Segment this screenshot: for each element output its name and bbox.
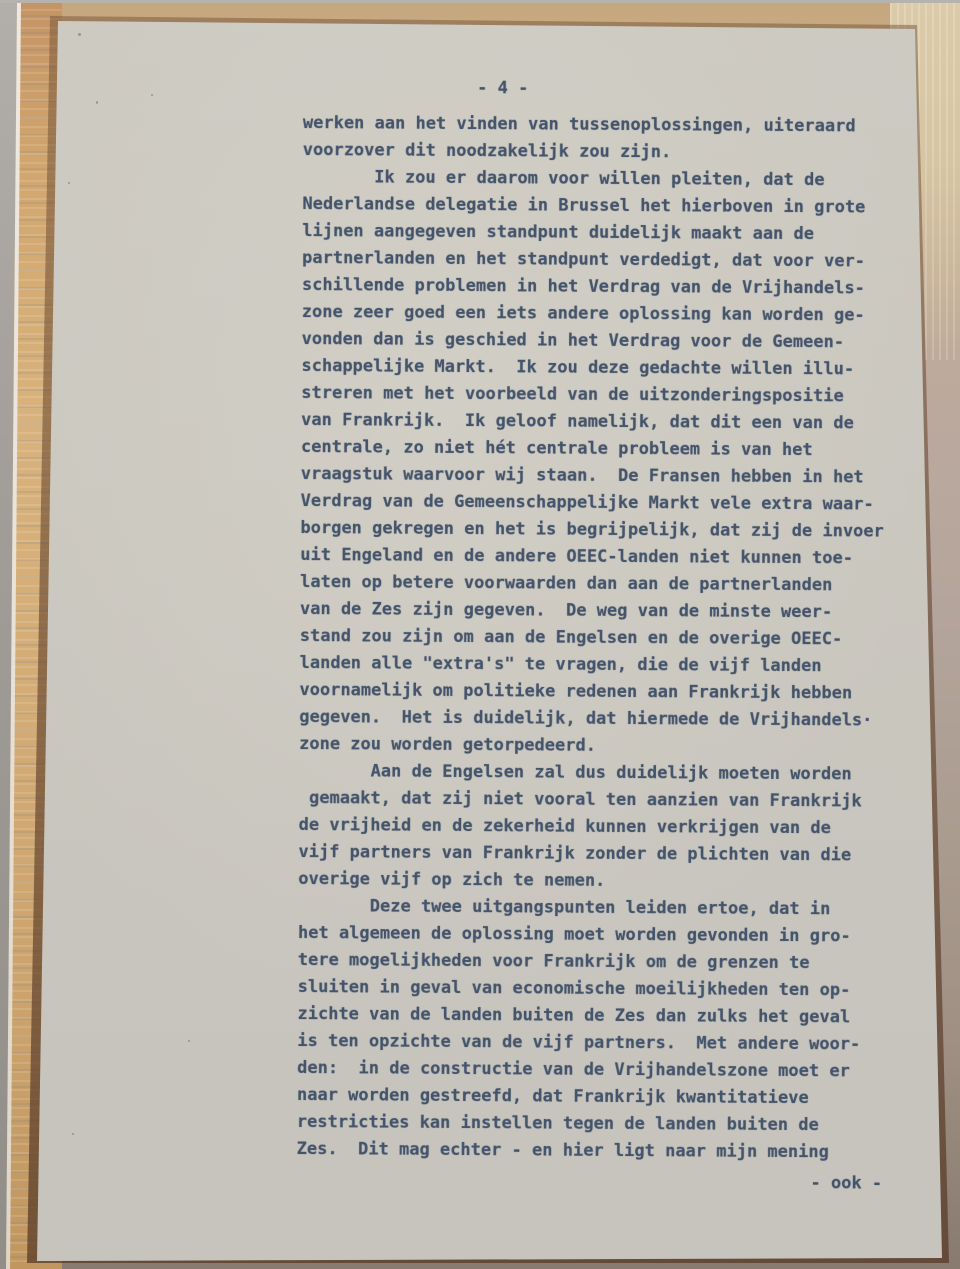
- body-text: werken aan het vinden van tussenoplossin…: [297, 111, 960, 1168]
- text-line: stand zou zijn om aan de Engelsen en de …: [300, 624, 960, 655]
- text-line: het algemeen de oplossing moet worden ge…: [298, 921, 958, 952]
- text-line: Deze twee uitgangspunten leiden ertoe, d…: [298, 894, 958, 925]
- text-line: Verdrag van de Gemeenschappelijke Markt …: [301, 489, 960, 520]
- text-line: uit Engeland en de andere OEEC-landen ni…: [300, 543, 960, 574]
- text-line: schappelijke Markt. Ik zou deze gedachte…: [301, 354, 960, 385]
- text-line: borgen gekregen en het is begrijpelijk, …: [300, 516, 960, 547]
- text-line: streren met het voorbeeld van de uitzond…: [301, 381, 960, 412]
- text-line: lijnen aangegeven standpunt duidelijk ma…: [302, 219, 960, 250]
- text-line: vonden dan is geschied in het Verdrag vo…: [302, 327, 960, 358]
- text-line: van Frankrijk. Ik geloof namelijk, dat d…: [301, 408, 960, 439]
- text-line: van de Zes zijn gegeven. De weg van de m…: [300, 597, 960, 628]
- text-line: zone zeer goed een iets andere oplossing…: [302, 300, 960, 331]
- paper-speck: [151, 94, 153, 96]
- typewritten-text: - 4 - werken aan het vinden van tussenop…: [297, 111, 960, 1168]
- text-line: voorzover dit noodzakelijk zou zijn.: [303, 138, 960, 169]
- page-number: - 4 -: [477, 78, 528, 98]
- text-line: de vrijheid en de zekerheid kunnen verkr…: [299, 813, 959, 844]
- paper-speck: [68, 182, 70, 184]
- text-line: naar worden gestreefd, dat Frankrijk kwa…: [297, 1083, 957, 1114]
- text-line: centrale, zo niet hét centrale probleem …: [301, 435, 960, 466]
- text-line: Ik zou er daarom voor willen pleiten, da…: [303, 165, 960, 196]
- text-line: zone zou worden getorpedeerd.: [299, 732, 959, 763]
- text-line: werken aan het vinden van tussenoplossin…: [303, 111, 960, 142]
- paper-speck: [96, 101, 98, 104]
- text-line: zichte van de landen buiten de Zes dan z…: [297, 1002, 957, 1033]
- paper-speck: [78, 33, 81, 36]
- text-line: voornamelijk om politieke redenen aan Fr…: [299, 678, 959, 709]
- text-line: vijf partners van Frankrijk zonder de pl…: [298, 840, 958, 871]
- text-line: restricties kan instellen tegen de lande…: [297, 1110, 957, 1141]
- text-line: is ten opzichte van de vijf partners. Me…: [297, 1029, 957, 1060]
- scanner-edge-top: [0, 0, 960, 3]
- text-line: Aan de Engelsen zal dus duidelijk moeten…: [299, 759, 959, 790]
- text-line: partnerlanden en het standpunt verdedigt…: [302, 246, 960, 277]
- text-line: Zes. Dit mag echter - en hier ligt naar …: [297, 1137, 957, 1168]
- continuation-mark: - ook -: [810, 1173, 882, 1193]
- text-line: laten op betere voorwaarden dan aan de p…: [300, 570, 960, 601]
- paper-speck: [72, 1133, 74, 1135]
- text-line: gemaakt, dat zij niet vooral ten aanzien…: [299, 786, 959, 817]
- text-line: vraagstuk waarvoor wij staan. De Fransen…: [301, 462, 960, 493]
- text-line: gegeven. Het is duidelijk, dat hiermede …: [299, 705, 959, 736]
- text-line: sluiten in geval van economische moeilij…: [298, 975, 958, 1006]
- paper-speck: [188, 1040, 190, 1042]
- text-line: Nederlandse delegatie in Brussel het hie…: [302, 192, 960, 223]
- scanned-document-page: - 4 - werken aan het vinden van tussenop…: [0, 0, 960, 1269]
- text-line: overige vijf op zich te nemen.: [298, 867, 958, 898]
- text-line: landen alle "extra's" te vragen, die de …: [300, 651, 960, 682]
- text-line: den: in de constructie van de Vrijhandel…: [297, 1056, 957, 1087]
- text-line: tere mogelijkheden voor Frankrijk om de …: [298, 948, 958, 979]
- text-line: schillende problemen in het Verdrag van …: [302, 273, 960, 304]
